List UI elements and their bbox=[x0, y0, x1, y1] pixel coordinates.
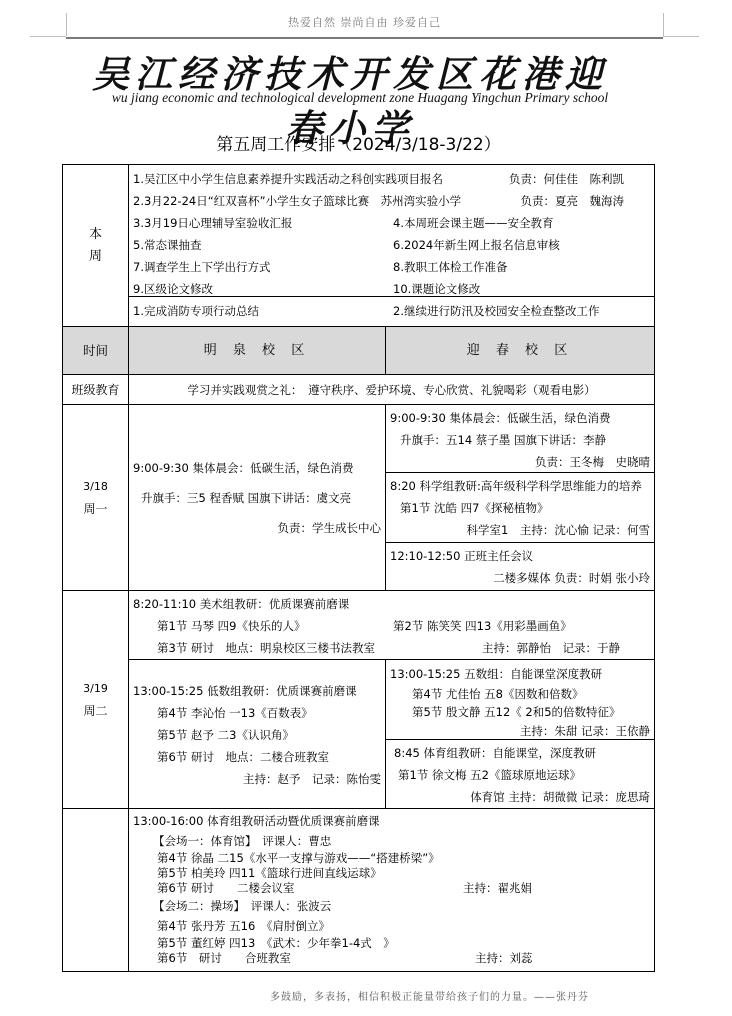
event-owner: 负责：王冬梅 史晓晴 bbox=[386, 451, 654, 473]
header-corner-mark bbox=[663, 36, 699, 37]
safety-items: 1.完成消防专项行动总结2.继续进行防汛及校园安全检查整改工作 bbox=[128, 296, 655, 327]
item-text: 1.完成消防专项行动总结 bbox=[133, 300, 393, 322]
item-text: 7.调查学生上下学出行方式 bbox=[133, 256, 393, 278]
this-week-label-1: 本 bbox=[89, 224, 102, 246]
day-label-3-19: 3/19 周二 bbox=[62, 590, 129, 809]
date-text: 3/19 bbox=[83, 678, 108, 700]
list-item: 3.3月19日心理辅导室验收汇报4.本周班会课主题——安全教育 bbox=[129, 212, 654, 234]
item-text: 4.本周班会课主题——安全教育 bbox=[393, 216, 553, 230]
lesson-text: 第6节 研讨 合班教室 bbox=[157, 951, 475, 966]
weekday-text: 周一 bbox=[83, 498, 107, 520]
class-education-label: 班级教育 bbox=[62, 374, 129, 405]
item-text: 3.3月19日心理辅导室验收汇报 bbox=[133, 212, 393, 234]
event-line: 第3节 研讨 地点：明泉校区三楼书法教室主持：郭静怡 记录：于静 bbox=[129, 637, 654, 659]
header-campus-mingquan: 明 泉 校 区 bbox=[128, 326, 386, 375]
header-corner-mark bbox=[30, 36, 66, 37]
day-label-3-18: 3/18 周一 bbox=[62, 404, 129, 591]
event-line: 12:10-12:50 正班主任会议 bbox=[386, 545, 654, 567]
event-line: 9:00-9:30 集体晨会：低碳生活，绿色消费 bbox=[386, 407, 654, 429]
item-owner: 负责：何佳佳 陈利凯 bbox=[509, 168, 650, 190]
date-text: 3/18 bbox=[83, 476, 108, 498]
weekday-text: 周二 bbox=[83, 700, 107, 722]
event-line: 13:00-15:25 五数组：自能课堂深度教研 bbox=[386, 663, 654, 685]
header-corner-mark bbox=[663, 13, 664, 36]
mingquan-3-19-afternoon: 13:00-15:25 低数组教研：优质课赛前磨课 第4节 李沁怡 一13《百数… bbox=[128, 659, 386, 809]
event-line: 第4节 尤佳怡 五8《因数和倍数》 bbox=[386, 685, 654, 703]
item-text: 2.继续进行防汛及校园安全检查整改工作 bbox=[393, 304, 599, 318]
day-label-empty bbox=[62, 808, 129, 972]
lesson-line: 第6节 研讨 二楼会议室主持：翟兆娟 bbox=[129, 880, 654, 896]
event-line: 升旗手：三5 程香赋 国旗下讲话：虞文亮 bbox=[129, 483, 385, 513]
school-name-en: wu jiang economic and technological deve… bbox=[60, 90, 660, 106]
event-line: 13:00-16:00 体育组教研活动暨优质课赛前磨课 bbox=[129, 811, 654, 831]
lesson-text: 第6节 研讨 二楼会议室 bbox=[157, 880, 463, 896]
item-text: 5.常态课抽查 bbox=[133, 234, 393, 256]
event-owner: 体育馆 主持：胡微微 记录：庞思琦 bbox=[386, 786, 654, 808]
item-owner: 负责：夏亮 魏海涛 bbox=[521, 190, 651, 212]
lesson-line: 第4节 徐晶 二15《水平一支撑与游戏——“搭建桥梁”》 bbox=[129, 851, 654, 866]
event-line: 第5节 赵予 二3《认识角》 bbox=[129, 724, 385, 746]
yingchun-3-18-science: 8:20 科学组教研:高年级科学科学思维能力的培养 第1节 沈皓 四7《探秘植物… bbox=[385, 472, 655, 543]
venue-line: 【会场一：体育馆】 评课人：曹忠 bbox=[129, 831, 654, 851]
event-owner: 主持：翟兆娟 bbox=[463, 881, 532, 895]
header-rule bbox=[66, 37, 663, 39]
item-text: 2.3月22-24日“红双喜杯”小学生女子篮球比赛 苏州湾实验小学 bbox=[133, 190, 461, 212]
item-text: 1.吴江区中小学生信息素养提升实践活动之科创实践项目报名 bbox=[133, 168, 443, 190]
event-owner: 二楼多媒体 负责：时娟 张小玲 bbox=[386, 567, 654, 589]
list-item: 1.吴江区中小学生信息素养提升实践活动之科创实践项目报名 负责：何佳佳 陈利凯 bbox=[129, 168, 654, 190]
lesson-line: 第6节 研讨 合班教室主持：刘蕊 bbox=[129, 951, 654, 966]
event-line: 第1节 马琴 四9《快乐的人》第2节 陈笑笑 四13《用彩墨画鱼》 bbox=[129, 615, 654, 637]
header-motto: 热爱自然 崇尚自由 珍爱自己 bbox=[66, 14, 663, 30]
art-group-session: 8:20-11:10 美术组教研：优质课赛前磨课 第1节 马琴 四9《快乐的人》… bbox=[128, 590, 655, 660]
header-time: 时间 bbox=[62, 326, 129, 375]
item-text: 6.2024年新生网上报名信息审核 bbox=[393, 238, 560, 252]
list-item: 1.完成消防专项行动总结2.继续进行防汛及校园安全检查整改工作 bbox=[129, 300, 654, 322]
event-line: 8:20 科学组教研:高年级科学科学思维能力的培养 bbox=[386, 475, 654, 497]
event-line: 第5节 殷文静 五12《 2和5的倍数特征》 bbox=[386, 703, 654, 721]
yingchun-3-18-morning: 9:00-9:30 集体晨会：低碳生活，绿色消费 升旗手：五14 蔡子墨 国旗下… bbox=[385, 404, 655, 473]
lesson-text: 第1节 马琴 四9《快乐的人》 bbox=[157, 615, 393, 637]
item-text: 10.课题论文修改 bbox=[393, 282, 480, 296]
venue-line: 【会场二：操场】 评课人：张波云 bbox=[129, 896, 654, 916]
yingchun-3-19-pe: 8:45 体育组教研：自能课堂，深度教研 第1节 徐文梅 五2《篮球原地运球》 … bbox=[385, 739, 655, 809]
yingchun-3-19-math: 13:00-15:25 五数组：自能课堂深度教研 第4节 尤佳怡 五8《因数和倍… bbox=[385, 659, 655, 740]
this-week-label: 本 周 bbox=[62, 164, 129, 327]
event-line: 第1节 沈皓 四7《探秘植物》 bbox=[386, 497, 654, 519]
event-line: 升旗手：五14 蔡子墨 国旗下讲话：李静 bbox=[386, 429, 654, 451]
schedule-table: 本 周 1.吴江区中小学生信息素养提升实践活动之科创实践项目报名 负责：何佳佳 … bbox=[62, 164, 655, 972]
pe-group-session: 13:00-16:00 体育组教研活动暨优质课赛前磨课 【会场一：体育馆】 评课… bbox=[128, 808, 655, 972]
lesson-text: 第3节 研讨 地点：明泉校区三楼书法教室 bbox=[157, 637, 482, 659]
list-item: 7.调查学生上下学出行方式8.教职工体检工作准备 bbox=[129, 256, 654, 278]
event-line: 8:45 体育组教研：自能课堂，深度教研 bbox=[386, 742, 654, 764]
lesson-text: 第2节 陈笑笑 四13《用彩墨画鱼》 bbox=[393, 619, 572, 633]
event-line: 第6节 研讨 地点：二楼合班教室 bbox=[129, 746, 385, 768]
event-owner: 主持：赵予 记录：陈怡雯 bbox=[129, 768, 385, 790]
event-owner: 负责：学生成长中心 bbox=[129, 513, 385, 543]
event-owner: 主持：刘蕊 bbox=[475, 951, 533, 965]
event-line: 第4节 李沁怡 一13《百数表》 bbox=[129, 702, 385, 724]
header-campus-yingchun: 迎 春 校 区 bbox=[385, 326, 655, 375]
event-line: 13:00-15:25 低数组教研：优质课赛前磨课 bbox=[129, 680, 385, 702]
event-line: 8:20-11:10 美术组教研：优质课赛前磨课 bbox=[129, 593, 654, 615]
lesson-line: 第5节 董红婷 四13 《武术：少年拳1-4式 》 bbox=[129, 936, 654, 951]
list-item: 2.3月22-24日“红双喜杯”小学生女子篮球比赛 苏州湾实验小学 负责：夏亮 … bbox=[129, 190, 654, 212]
event-owner: 科学室1 主持：沈心愉 记录：何雪 bbox=[386, 519, 654, 541]
lesson-line: 第5节 柏美玲 四11《篮球行进间直线运球》 bbox=[129, 866, 654, 881]
yingchun-3-18-meeting: 12:10-12:50 正班主任会议 二楼多媒体 负责：时娟 张小玲 bbox=[385, 542, 655, 591]
list-item: 5.常态课抽查6.2024年新生网上报名信息审核 bbox=[129, 234, 654, 256]
lesson-line: 第4节 张丹芳 五16 《肩肘倒立》 bbox=[129, 916, 654, 936]
event-line: 第1节 徐文梅 五2《篮球原地运球》 bbox=[386, 764, 654, 786]
this-week-label-2: 周 bbox=[89, 246, 102, 268]
footer-quote: 多鼓励，多表扬，相信积极正能量带给孩子们的力量。——张丹芬 bbox=[270, 988, 589, 1003]
class-education-content: 学习并实践观赏之礼： 遵守秩序、爱护环境、专心欣赏、礼貌喝彩（观看电影） bbox=[128, 374, 655, 405]
item-text: 8.教职工体检工作准备 bbox=[393, 260, 507, 274]
mingquan-3-18: 9:00-9:30 集体晨会：低碳生活，绿色消费 升旗手：三5 程香赋 国旗下讲… bbox=[128, 404, 386, 591]
page-title: 第五周工作安排（2024/3/18-3/22） bbox=[62, 130, 655, 155]
event-line: 9:00-9:30 集体晨会：低碳生活，绿色消费 bbox=[129, 453, 385, 483]
event-owner: 主持：郭静怡 记录：于静 bbox=[482, 641, 620, 655]
event-owner: 主持：朱甜 记录：王依静 bbox=[386, 721, 654, 741]
this-week-items: 1.吴江区中小学生信息素养提升实践活动之科创实践项目报名 负责：何佳佳 陈利凯 … bbox=[128, 164, 655, 297]
